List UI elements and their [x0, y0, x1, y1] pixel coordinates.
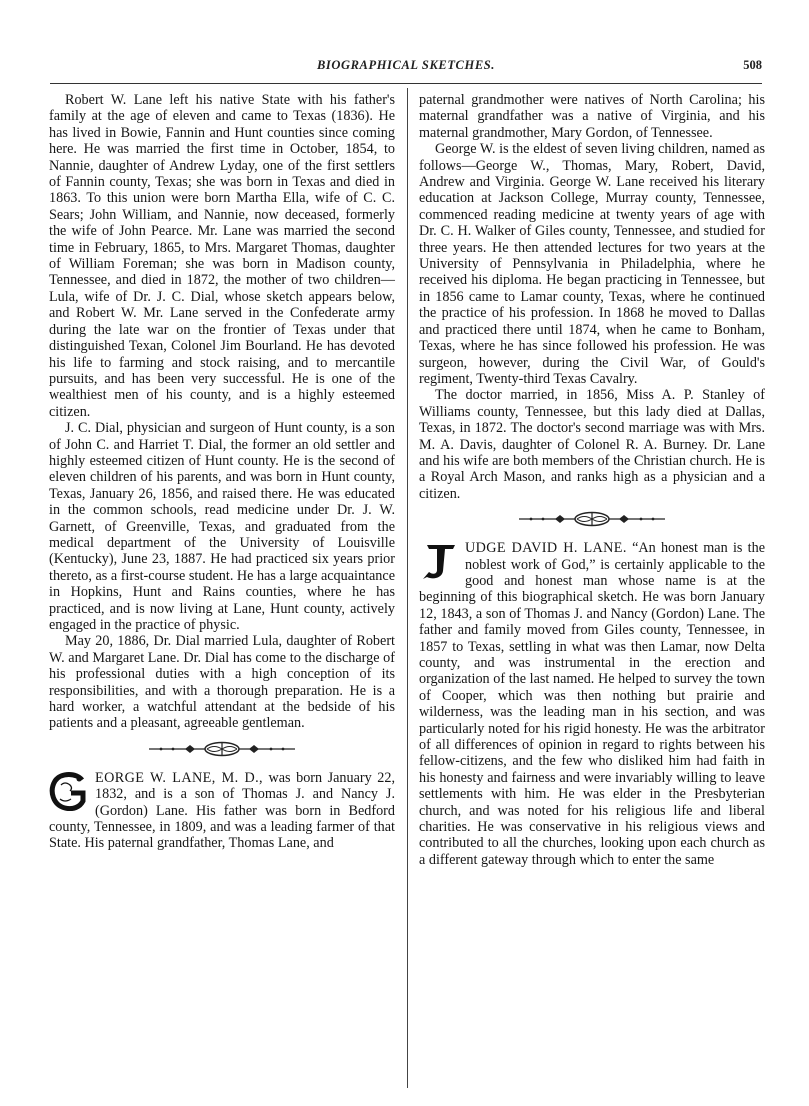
page-number: 508 [743, 58, 762, 73]
paragraph-george-education: George W. is the eldest of seven living … [419, 141, 765, 387]
paragraph-robert-lane: Robert W. Lane left his native State wit… [49, 92, 395, 420]
dropcap-g [49, 771, 89, 811]
headline-george-lane: EORGE W. LANE, M. D., [95, 770, 263, 786]
running-head: BIOGRAPHICAL SKETCHES. 508 [50, 58, 762, 74]
book-page: BIOGRAPHICAL SKETCHES. 508 Robert W. Lan… [0, 0, 809, 1106]
paragraph-george-lineage: paternal grandmother were natives of Nor… [419, 92, 765, 141]
paragraph-george-lane: EORGE W. LANE, M. D., was born January 2… [49, 770, 395, 852]
ornament-divider-icon [147, 741, 297, 757]
david-lane-entry: UDGE DAVID H. LANE. “An honest man is th… [419, 540, 765, 868]
ornament-divider-icon [517, 511, 667, 527]
paragraph-david-lane: UDGE DAVID H. LANE. “An honest man is th… [419, 540, 765, 868]
paragraph-george-marriage: The doctor married, in 1856, Miss A. P. … [419, 387, 765, 502]
paragraph-dial-marriage: May 20, 1886, Dr. Dial married Lula, dau… [49, 633, 395, 731]
george-lane-entry: EORGE W. LANE, M. D., was born January 2… [49, 770, 395, 852]
left-column: Robert W. Lane left his native State wit… [49, 92, 395, 852]
right-column: paternal grandmother were natives of Nor… [419, 92, 765, 868]
section-ornament [419, 508, 765, 530]
headline-david-lane: UDGE DAVID H. LANE. [465, 540, 627, 556]
ornamental-g-icon [49, 771, 89, 811]
ornamental-j-icon [419, 541, 459, 581]
dropcap-j [419, 541, 459, 581]
david-lane-text: “An honest man is the noblest work of Go… [419, 540, 765, 868]
paragraph-dial-intro: J. C. Dial, physician and surgeon of Hun… [49, 420, 395, 633]
section-ornament [49, 738, 395, 760]
running-title: BIOGRAPHICAL SKETCHES. [50, 58, 762, 73]
column-divider-rule [407, 88, 408, 1088]
header-rule [50, 83, 762, 84]
